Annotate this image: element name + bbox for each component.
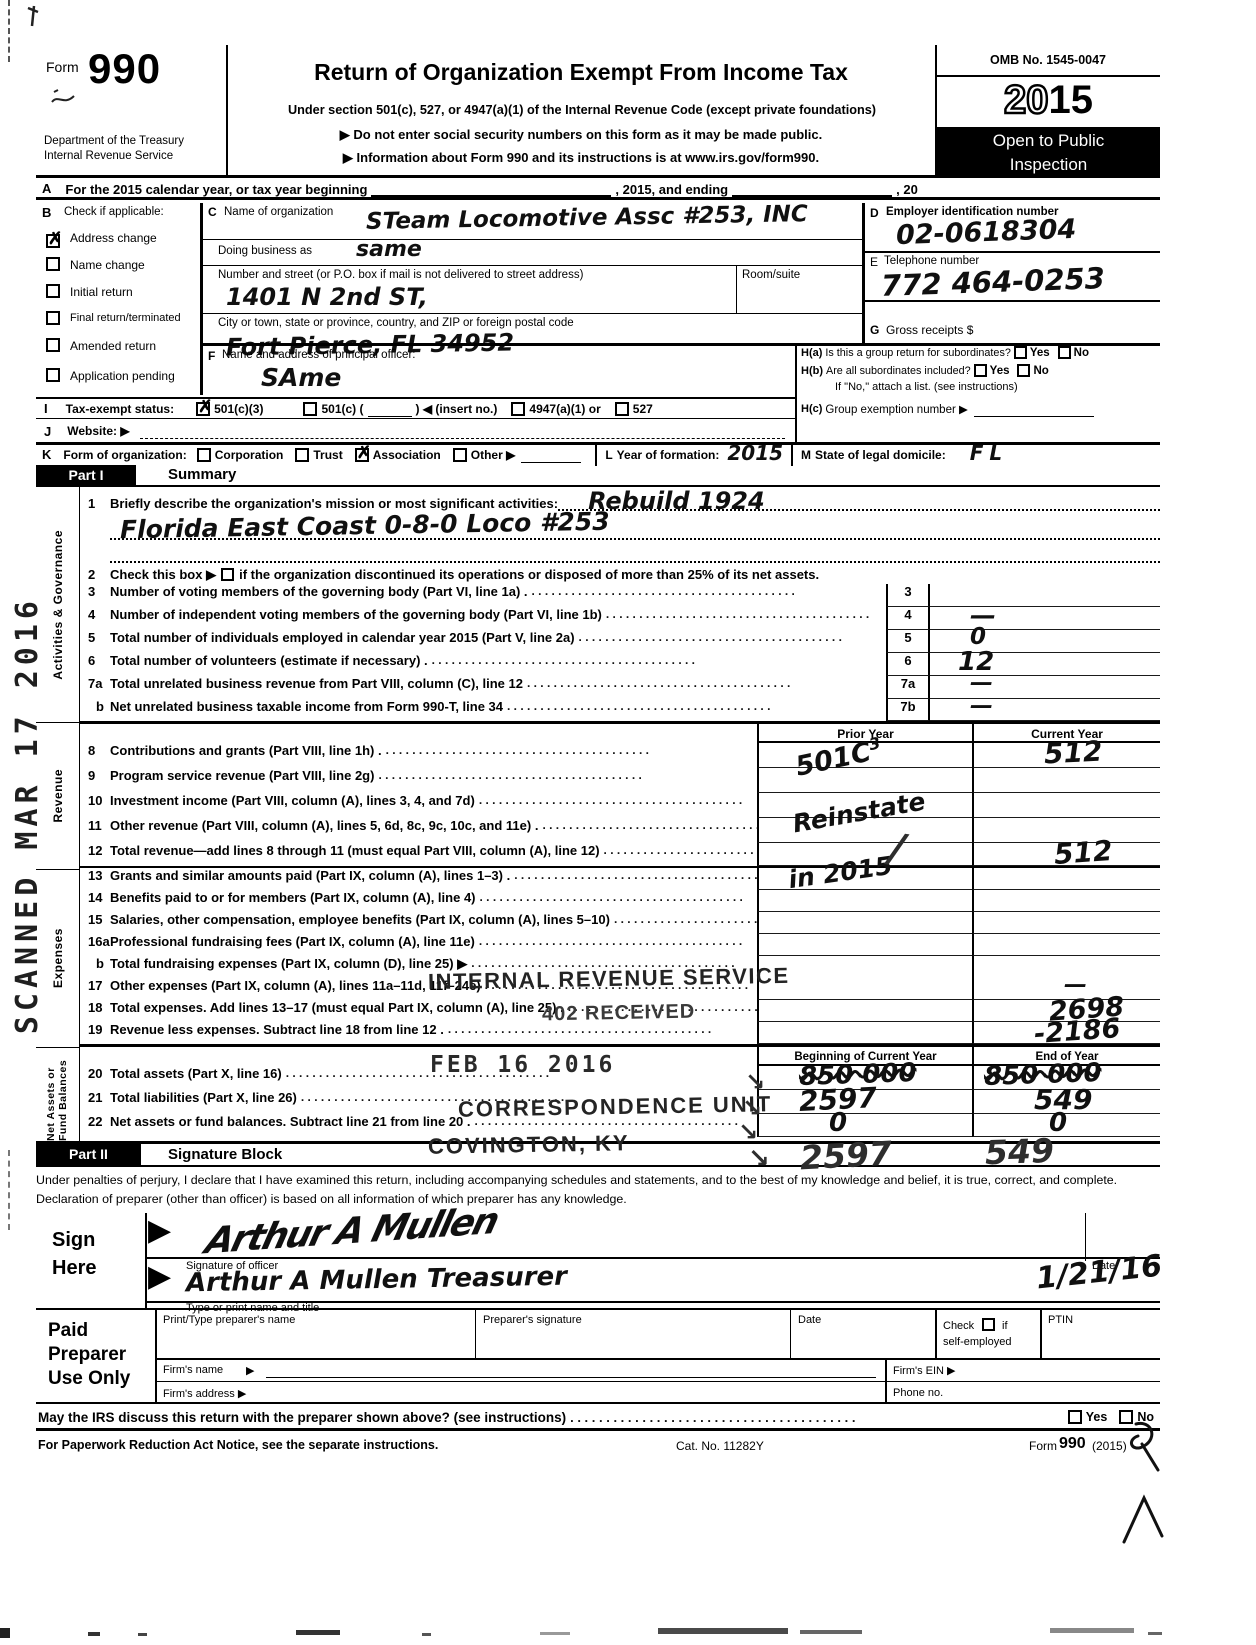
net-extra-end-value: 549	[984, 1131, 1054, 1172]
footer-row: For Paperwork Reduction Act Notice, see …	[36, 1438, 1160, 1458]
tax-year: 2015	[937, 78, 1160, 122]
row-tax-exempt-status: I Tax-exempt status: ✗ 501(c)(3) 501(c) …	[36, 397, 795, 419]
checkbox-application-pending-label: Application pending	[70, 369, 175, 383]
line7a-boxnum: 7a	[886, 676, 930, 699]
line10-current-field[interactable]	[972, 793, 1160, 818]
rowJ-letter: J	[36, 424, 67, 439]
part2-title: Signature Block	[168, 1146, 282, 1163]
ha-no-label: No	[1071, 347, 1089, 359]
sign-block: Sign Here ▶ ▶ Arthur A Mullen Signature …	[36, 1213, 1160, 1310]
rowA-mid: , 2015, and ending	[615, 182, 728, 197]
hb-yes-label: Yes	[987, 365, 1018, 377]
if-word: if	[1002, 1320, 1008, 1332]
line9-current-field[interactable]	[972, 768, 1160, 793]
scan-artifact	[540, 1632, 570, 1635]
summary-line-16a: 16aProfessional fundraising fees (Part I…	[80, 934, 1160, 956]
summary-line-7b: bNet unrelated business taxable income f…	[80, 699, 1160, 721]
self-employed-label: self-employed	[943, 1336, 1011, 1348]
form-number: 990	[88, 45, 161, 93]
summary-line-7a: 7aTotal unrelated business revenue from …	[80, 676, 1160, 699]
line4-boxnum: 4	[886, 607, 930, 630]
line6-value-field[interactable]: 12	[930, 653, 1160, 676]
summary-line-11: 11Other revenue (Part VIII, column (A), …	[80, 818, 1160, 843]
line3-boxnum: 3	[886, 584, 930, 607]
mission-field-line2[interactable]: Florida East Coast 0-8-0 Loco #253	[110, 511, 1160, 540]
summary-line-3: 3Number of voting members of the governi…	[80, 584, 1160, 607]
footer-form-number: 990	[1059, 1435, 1086, 1453]
year-formation-field[interactable]: 2015	[727, 441, 783, 465]
scan-artifact	[658, 1628, 788, 1634]
tax-exempt-label: Tax-exempt status:	[66, 402, 196, 416]
footer-form-word: Form	[1029, 1439, 1057, 1453]
firms-name-arrow: ▶	[246, 1364, 254, 1377]
officer-signature-field[interactable]: Arthur A Mullen	[201, 1200, 502, 1262]
form-bullet1: ▶ Do not enter social security numbers o…	[236, 127, 926, 143]
open-public-line1: Open to Public	[937, 129, 1160, 153]
checkbox-address-change[interactable]: ✗	[46, 229, 60, 248]
paperwork-notice: For Paperwork Reduction Act Notice, see …	[38, 1438, 438, 1452]
irs-received-stamp-line2: 402 RECEIVED	[542, 1001, 696, 1027]
scan-artifact	[296, 1630, 340, 1635]
summary-line-13: 13Grants and similar amounts paid (Part …	[80, 868, 1160, 890]
status-4947-checkbox[interactable]	[511, 402, 525, 416]
summary-line-10: 10Investment income (Part VIII, column (…	[80, 793, 1160, 818]
form-990: Form 990 Department of the Treasury Inte…	[36, 45, 1160, 1465]
checkbox-final-return-label: Final return/terminated	[70, 312, 181, 324]
checkbox-name-change[interactable]	[46, 256, 60, 274]
website-field[interactable]	[140, 423, 785, 439]
city-label: City or town, state or province, country…	[218, 317, 574, 329]
street-field[interactable]: 1401 N 2nd ST,	[226, 283, 428, 311]
printed-name-field[interactable]: Arthur A Mullen Treasurer	[186, 1262, 567, 1299]
status-527-checkbox[interactable]	[615, 402, 629, 416]
ha-letter: H(a)	[801, 347, 822, 359]
scanned-date-stamp: SCANNED MAR 17 2016	[6, 555, 48, 1075]
form-subtitle: Under section 501(c), 527, or 4947(a)(1)…	[232, 103, 932, 117]
summary-line-5: 5Total number of individuals employed in…	[80, 630, 1160, 653]
line5-boxnum: 5	[886, 630, 930, 653]
scan-artifact	[1050, 1628, 1134, 1633]
divider	[157, 1358, 1160, 1360]
rowI-letter: I	[36, 401, 66, 416]
catalog-number: Cat. No. 11282Y	[676, 1439, 764, 1453]
divider	[865, 251, 1160, 253]
line18-prior-field[interactable]	[757, 1000, 972, 1022]
ha-no-checkbox[interactable]	[1058, 346, 1071, 359]
website-label: Website: ▶	[67, 424, 129, 438]
preparer-word: Preparer	[48, 1344, 126, 1366]
line7b-value-field[interactable]: —	[930, 699, 1160, 721]
phone-letter: E	[870, 255, 878, 269]
org-name-letter: C	[208, 205, 217, 219]
firms-ein-label: Firm's EIN ▶	[893, 1364, 956, 1377]
line16a-current-field[interactable]	[972, 934, 1160, 956]
checkbox-amended-return[interactable]	[46, 337, 60, 355]
line14-prior-field[interactable]	[757, 890, 972, 912]
ha-yes-label: Yes	[1027, 347, 1058, 359]
line8-current-field[interactable]: 512	[972, 743, 1160, 768]
summary-line-6: 6Total number of volunteers (estimate if…	[80, 653, 1160, 676]
scan-artifact	[1148, 1632, 1162, 1635]
part1-tab: Part I	[36, 465, 136, 487]
mission-field-line3[interactable]	[110, 540, 1160, 563]
gross-receipts-label: Gross receipts $	[886, 323, 973, 337]
officer-label: Name and address of principal officer:	[222, 349, 415, 361]
scan-artifact	[138, 1633, 147, 1636]
handwritten-arrow: ↘	[738, 1118, 758, 1146]
status-501c-label: 501(c) (	[317, 402, 367, 416]
line12-current-field[interactable]: 512	[972, 843, 1160, 866]
divider	[736, 265, 737, 313]
rowA-letter: A	[36, 181, 65, 197]
line15-prior-field[interactable]	[757, 912, 972, 934]
dba-label: Doing business as	[218, 245, 312, 257]
sign-pointer-icon: ▶	[148, 1213, 171, 1248]
summary-line-15: 15Salaries, other compensation, employee…	[80, 912, 1160, 934]
summary-line-8: 8Contributions and grants (Part VIII, li…	[80, 743, 1160, 768]
orgtype-association-checkbox[interactable]: ✗	[355, 448, 369, 462]
checkbox-name-change-label: Name change	[70, 258, 145, 272]
scan-artifact	[50, 88, 76, 110]
orgtype-trust-label: Trust	[309, 448, 354, 462]
year-formation-label: Year of formation:	[617, 448, 720, 462]
divider	[865, 300, 1160, 302]
line19-current-field[interactable]: -2186	[972, 1022, 1160, 1044]
irs-received-stamp-line4: COVINGTON, KY	[428, 1130, 630, 1160]
divider	[203, 239, 862, 240]
sign-word: Sign	[52, 1229, 95, 1252]
irs-received-stamp-line3: CORRESPONDENCE UNIT	[458, 1091, 773, 1122]
firms-name-field[interactable]	[266, 1362, 876, 1378]
status-insert-no-field[interactable]	[368, 401, 412, 417]
line1-num: 1	[80, 496, 110, 511]
year-columns-header: Prior Year Current Year	[80, 721, 1160, 743]
checkbox-application-pending[interactable]	[46, 367, 60, 385]
firms-name-label: Firm's name	[163, 1364, 223, 1376]
phone-no-label: Phone no.	[893, 1387, 943, 1399]
domicile-label: State of legal domicile:	[815, 448, 946, 462]
divider	[203, 265, 862, 266]
street-label: Number and street (or P.O. box if mail i…	[218, 269, 583, 281]
line2-num: 2	[80, 567, 110, 582]
may-irs-row: May the IRS discuss this return with the…	[36, 1406, 1160, 1431]
rowA-end: , 20	[896, 182, 1088, 197]
domicile-field[interactable]: FL	[970, 441, 1008, 465]
line3-value-field[interactable]	[930, 584, 1160, 607]
form-bullet2: ▶ Information about Form 990 and its ins…	[236, 150, 926, 166]
checkbox-initial-return-label: Initial return	[70, 285, 133, 299]
row-website: J Website: ▶	[36, 420, 795, 442]
firms-address-label: Firm's address ▶	[163, 1387, 246, 1400]
status-insert-no-label: ) ◀ (insert no.)	[412, 402, 512, 416]
line2-pre: Check this box ▶	[110, 567, 216, 583]
divider	[885, 1358, 887, 1381]
row-form-of-organization: K Form of organization: Corporation Trus…	[36, 442, 1160, 464]
part1-header-bar: Part I Summary	[36, 465, 1160, 487]
line6-boxnum: 6	[886, 653, 930, 676]
scan-artifact	[24, 4, 48, 30]
may-irs-yes-label: Yes	[1082, 1410, 1120, 1424]
hb-yes-checkbox[interactable]	[974, 364, 987, 377]
status-527-label: 527	[629, 402, 657, 416]
preparer-name-label: Print/Type preparer's name	[163, 1314, 295, 1326]
orgtype-other-label: Other ▶	[467, 448, 522, 462]
open-to-public-badge: Open to Public Inspection	[937, 127, 1160, 178]
line15-current-field[interactable]	[972, 912, 1160, 934]
divider	[475, 1310, 476, 1358]
hb-ifno-note: If "No," attach a list. (see instruction…	[795, 377, 1160, 393]
pen-mark	[1118, 1492, 1173, 1547]
line7a-value-field[interactable]: —	[930, 676, 1160, 699]
checkif-title: Check if applicable:	[64, 206, 164, 218]
hc-label: Group exemption number ▶	[822, 402, 967, 416]
summary-line-14: 14Benefits paid to or for members (Part …	[80, 890, 1160, 912]
omb-number: OMB No. 1545-0047	[937, 53, 1159, 67]
divider	[935, 1310, 937, 1358]
handwritten-arrow: ↘	[745, 1068, 765, 1096]
line7b-boxnum: 7b	[886, 699, 930, 721]
line22-begin-field[interactable]: 0	[757, 1114, 972, 1137]
status-501c3-label: 501(c)(3)	[210, 402, 303, 416]
divider	[200, 203, 203, 395]
hb-no-checkbox[interactable]	[1017, 364, 1030, 377]
leader-dots: . . . . . . . . . . . . . . . . . . . . …	[566, 1410, 1068, 1425]
summary-line-19: 19Revenue less expenses. Subtract line 1…	[80, 1022, 1160, 1044]
scan-artifact	[8, 0, 10, 62]
preparer-signature-label: Preparer's signature	[483, 1314, 582, 1326]
self-employed-checkbox[interactable]	[982, 1318, 995, 1331]
form-header: Form 990 Department of the Treasury Inte…	[36, 45, 1160, 178]
line2-post: if the organization discontinued its ope…	[239, 567, 819, 582]
divider	[795, 343, 797, 442]
domicile-letter: M	[793, 448, 815, 462]
part1-summary: Activities & Governance Revenue Expenses…	[36, 487, 1160, 1144]
divider	[203, 313, 862, 314]
ha-label: Is this a group return for subordinates?	[822, 347, 1013, 359]
divider	[1085, 1213, 1086, 1261]
summary-line-12: 12Total revenue—add lines 8 through 11 (…	[80, 843, 1160, 868]
hc-field[interactable]	[974, 401, 1094, 417]
may-irs-text: May the IRS discuss this return with the…	[36, 1410, 566, 1425]
sign-pointer-icon: ▶	[148, 1259, 171, 1294]
divider	[937, 75, 1160, 77]
row-tax-year-period: A For the 2015 calendar year, or tax yea…	[36, 181, 1160, 200]
hb-label: Are all subordinates included?	[823, 365, 974, 377]
mission-field-line1[interactable]: Rebuild 1924	[558, 487, 1160, 511]
line13-current-field[interactable]	[972, 868, 1160, 890]
divider	[862, 203, 865, 343]
scanned-form-990-page: Form 990 Department of the Treasury Inte…	[0, 0, 1256, 1645]
signature-line	[147, 1257, 1160, 1259]
scan-artifact	[8, 1150, 10, 1230]
gross-receipts-letter: G	[870, 323, 879, 337]
orgtype-corporation-checkbox[interactable]	[197, 448, 211, 462]
signature-date-field[interactable]: 1/21/16	[1035, 1248, 1164, 1296]
status-501c3-checkbox[interactable]: ✗	[196, 402, 210, 416]
paid-word: Paid	[48, 1320, 88, 1342]
ein-field[interactable]: 02-0618304	[896, 214, 1077, 251]
hb-letter: H(b)	[801, 365, 823, 377]
tax-year-end-field[interactable]	[732, 181, 892, 197]
ptin-label: PTIN	[1048, 1314, 1073, 1326]
orgtype-other-checkbox[interactable]	[453, 448, 467, 462]
divider	[226, 45, 228, 178]
scan-artifact	[422, 1633, 431, 1636]
rowK-letter: K	[36, 447, 63, 462]
room-suite-label: Room/suite	[742, 269, 800, 281]
orgtype-other-field[interactable]	[521, 447, 581, 463]
checkbox-amended-return-label: Amended return	[70, 339, 156, 353]
checkif-letter: B	[42, 205, 51, 220]
officer-letter: F	[208, 349, 215, 363]
line9-prior-field[interactable]	[757, 768, 972, 793]
preparer-date-label: Date	[798, 1314, 821, 1326]
part1-content: 1 Briefly describe the organization's mi…	[80, 487, 1160, 1141]
preparer-block: Paid Preparer Use Only Print/Type prepar…	[36, 1310, 1160, 1404]
part2-tab: Part II	[36, 1144, 141, 1167]
summary-line-20: 20Total assets (Part X, line 16). . . . …	[80, 1066, 1160, 1090]
rowA-text: For the 2015 calendar year, or tax year …	[65, 182, 367, 197]
org-type-label: Form of organization:	[63, 448, 196, 462]
divider	[1040, 1310, 1042, 1358]
h-block: H(a) Is this a group return for subordin…	[795, 343, 1160, 442]
summary-line-4: 4Number of independent voting members of…	[80, 607, 1160, 630]
orgtype-trust-checkbox[interactable]	[295, 448, 309, 462]
ein-letter: D	[870, 206, 879, 220]
summary-line-9: 9Program service revenue (Part VIII, lin…	[80, 768, 1160, 793]
tax-year-suffix: 15	[1049, 78, 1094, 122]
org-name-field[interactable]: STeam Locomotive Assc #253, INC	[366, 201, 808, 235]
form-word: Form	[46, 59, 79, 75]
divider	[885, 1381, 887, 1404]
scan-artifact	[88, 1632, 100, 1636]
line14-current-field[interactable]	[972, 890, 1160, 912]
net-extra-begin-value: 2597	[799, 1134, 893, 1178]
hc-letter: H(c)	[801, 403, 822, 415]
scan-artifact	[0, 1628, 10, 1638]
hb-no-label: No	[1030, 365, 1048, 377]
checkbox-address-change-label: Address change	[70, 231, 157, 245]
phone-field[interactable]: 772 464-0253	[880, 261, 1105, 303]
orgtype-corporation-label: Corporation	[211, 448, 296, 462]
divider	[157, 1381, 1160, 1382]
line16a-prior-field[interactable]	[757, 934, 972, 956]
discontinued-checkbox[interactable]	[221, 568, 234, 581]
handwritten-arrow: ↘	[748, 1144, 770, 1174]
here-word: Here	[52, 1257, 96, 1280]
status-501c-checkbox[interactable]	[303, 402, 317, 416]
org-name-label: Name of organization	[224, 206, 333, 218]
perjury-statement: Under penalties of perjury, I declare th…	[36, 1171, 1160, 1209]
check-word: Check	[943, 1320, 974, 1332]
irs-received-stamp-date: FEB 16 2016	[430, 1052, 615, 1078]
divider	[790, 1310, 791, 1358]
year-formation-letter: L	[597, 448, 616, 462]
line4-value-field[interactable]: —	[930, 607, 1160, 630]
dba-field[interactable]: same	[356, 237, 422, 262]
part1-title: Summary	[168, 466, 236, 483]
status-4947-label: 4947(a)(1) or	[525, 402, 614, 416]
tax-year-begin-field[interactable]	[371, 181, 611, 197]
pen-mark	[1118, 1418, 1168, 1478]
divider	[145, 1213, 147, 1310]
orgtype-association-label: Association	[369, 448, 453, 462]
officer-field[interactable]: SAme	[261, 363, 341, 392]
line19-prior-field[interactable]	[757, 1022, 972, 1044]
useonly-word: Use Only	[48, 1368, 130, 1390]
ha-yes-checkbox[interactable]	[1014, 346, 1027, 359]
form-title: Return of Organization Exempt From Incom…	[236, 59, 926, 86]
dept-line2: Internal Revenue Service	[44, 150, 173, 162]
divider	[155, 1310, 157, 1404]
scan-artifact	[800, 1630, 862, 1634]
dept-line1: Department of the Treasury	[44, 135, 184, 147]
checkbox-final-return[interactable]	[46, 310, 60, 328]
open-public-line2: Inspection	[937, 153, 1160, 177]
checkbox-initial-return[interactable]	[46, 283, 60, 301]
tax-year-prefix: 20	[1004, 78, 1049, 122]
line21-begin-field[interactable]: 2597	[757, 1090, 972, 1114]
may-irs-yes-checkbox[interactable]	[1068, 1410, 1082, 1424]
